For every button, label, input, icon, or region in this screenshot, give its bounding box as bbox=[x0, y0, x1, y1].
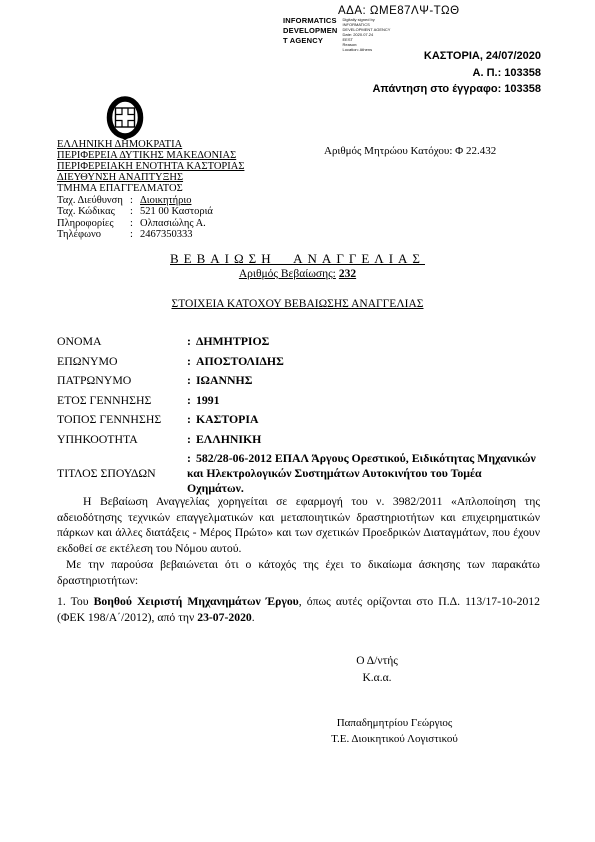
contact-value: Ολπασιώλης Α. bbox=[140, 218, 213, 229]
contact-value: 521 00 Καστοριά bbox=[140, 206, 213, 217]
contact-row-information: Πληροφορίες : Ολπασιώλης Α. bbox=[57, 218, 213, 229]
stamp-agency-name: INFORMATICS DEVELOPMEN T AGENCY bbox=[283, 16, 338, 52]
field-label: ΟΝΟΜΑ bbox=[57, 334, 187, 349]
item-prefix: 1. Του bbox=[57, 595, 94, 608]
contact-row-postcode: Ταχ. Κώδικας : 521 00 Καστοριά bbox=[57, 206, 213, 217]
stamp-agency-line: T AGENCY bbox=[283, 36, 338, 46]
field-row-birth-place: ΤΟΠΟΣ ΓΕΝΝΗΣΗΣ :ΚΑΣΤΟΡΙΑ bbox=[57, 412, 539, 427]
field-row-studies-title: ΤΙΤΛΟΣ ΣΠΟΥΔΩΝ :582/28-06-2012 ΕΠΑΛ Άργο… bbox=[57, 451, 539, 496]
signatory-role: Ο Δ/ντής bbox=[317, 653, 437, 670]
colon-separator: : bbox=[187, 432, 191, 446]
issuing-authority-block: ΕΛΛΗΝΙΚΗ ΔΗΜΟΚΡΑΤΙΑ ΠΕΡΙΦΕΡΕΙΑ ΔΥΤΙΚΗΣ Μ… bbox=[57, 140, 244, 195]
authority-line-department: ΤΜΗΜΑ ΕΠΑΓΓΕΛΜΑΤΟΣ bbox=[57, 184, 183, 195]
colon-separator: : bbox=[187, 393, 191, 407]
stamp-agency-line: INFORMATICS bbox=[283, 16, 338, 26]
contact-label: Τηλέφωνο bbox=[57, 229, 130, 240]
protocol-number: Α. Π.: 103358 bbox=[372, 65, 541, 82]
signatory-role-block: Ο Δ/ντής Κ.α.α. bbox=[317, 653, 437, 688]
colon-separator: : bbox=[187, 412, 191, 426]
field-label: ΥΠΗΚΟΟΤΗΤΑ bbox=[57, 432, 187, 447]
signatory-name: Παπαδημητρίου Γεώργιος bbox=[322, 716, 467, 732]
body-text-block: Η Βεβαίωση Αναγγελίας χορηγείται σε εφαρ… bbox=[57, 494, 540, 626]
contact-value: Διοικητήριο bbox=[140, 195, 213, 206]
contact-details-block: Ταχ. Διεύθυνση : Διοικητήριο Ταχ. Κώδικα… bbox=[57, 195, 213, 241]
field-row-last-name: ΕΠΩΝΥΜΟ :ΑΠΟΣΤΟΛΙΔΗΣ bbox=[57, 354, 539, 369]
certificate-number-label: Αριθμός Βεβαίωσης: bbox=[239, 268, 336, 280]
field-row-citizenship: ΥΠΗΚΟΟΤΗΤΑ :ΕΛΛΗΝΙΚΗ bbox=[57, 432, 539, 447]
paragraph-certification: Με την παρούσα βεβαιώνεται ότι ο κάτοχός… bbox=[57, 557, 540, 588]
field-value: :ΕΛΛΗΝΙΚΗ bbox=[187, 432, 539, 447]
paragraph-legal-basis: Η Βεβαίωση Αναγγελίας χορηγείται σε εφαρ… bbox=[57, 494, 540, 557]
contact-row-telephone: Τηλέφωνο : 2467350333 bbox=[57, 229, 213, 240]
field-value: :1991 bbox=[187, 393, 539, 408]
holder-fields-block: ΟΝΟΜΑ :ΔΗΜΗΤΡΙΟΣ ΕΠΩΝΥΜΟ :ΑΠΟΣΤΟΛΙΔΗΣ ΠΑ… bbox=[57, 334, 539, 496]
field-value: :ΔΗΜΗΤΡΙΟΣ bbox=[187, 334, 539, 349]
city-date: ΚΑΣΤΟΡΙΑ, 24/07/2020 bbox=[372, 48, 541, 65]
certificate-document-page: ΑΔΑ: ΩΜΕ87ΛΨ-ΤΩΘ INFORMATICS DEVELOPMEN … bbox=[0, 0, 595, 842]
header-right-block: ΚΑΣΤΟΡΙΑ, 24/07/2020 Α. Π.: 103358 Απάντ… bbox=[372, 48, 541, 98]
field-label: ΤΙΤΛΟΣ ΣΠΟΥΔΩΝ bbox=[57, 466, 187, 481]
digital-signature-stamp: INFORMATICS DEVELOPMEN T AGENCY Digitall… bbox=[283, 16, 390, 52]
section-title: ΣΤΟΙΧΕΙΑ ΚΑΤΟΧΟΥ ΒΕΒΑΙΩΣΗΣ ΑΝΑΓΓΕΛΙΑΣ bbox=[0, 298, 595, 310]
contact-value: 2467350333 bbox=[140, 229, 213, 240]
field-row-first-name: ΟΝΟΜΑ :ΔΗΜΗΤΡΙΟΣ bbox=[57, 334, 539, 349]
holder-registry-number: Αριθμός Μητρώου Κατόχου: Φ 22.432 bbox=[324, 145, 496, 157]
field-value: :ΑΠΟΣΤΟΛΙΔΗΣ bbox=[187, 354, 539, 369]
field-label: ΕΤΟΣ ΓΕΝΝΗΣΗΣ bbox=[57, 393, 187, 408]
colon-separator: : bbox=[130, 195, 140, 206]
field-row-father-name: ΠΑΤΡΩΝΥΜΟ :ΙΩΑΝΝΗΣ bbox=[57, 373, 539, 388]
item-activity-name: Βοηθού Χειριστή Μηχανημάτων Έργου bbox=[94, 595, 299, 608]
stamp-signature-details: Digitally signed by INFORMATICS DEVELOPM… bbox=[343, 16, 391, 52]
colon-separator: : bbox=[187, 334, 191, 348]
field-value: :ΙΩΑΝΝΗΣ bbox=[187, 373, 539, 388]
certificate-number-value: 232 bbox=[339, 268, 356, 280]
colon-separator: : bbox=[130, 218, 140, 229]
field-value: :582/28-06-2012 ΕΠΑΛ Άργους Ορεστικού, Ε… bbox=[187, 451, 539, 496]
stamp-agency-line: DEVELOPMEN bbox=[283, 26, 338, 36]
reply-reference: Απάντηση στο έγγραφο: 103358 bbox=[372, 81, 541, 98]
item-suffix: . bbox=[252, 611, 255, 624]
field-label: ΕΠΩΝΥΜΟ bbox=[57, 354, 187, 369]
field-label: ΠΑΤΡΩΝΥΜΟ bbox=[57, 373, 187, 388]
signatory-name-block: Παπαδημητρίου Γεώργιος Τ.Ε. Διοικητικού … bbox=[322, 716, 467, 748]
signatory-title: Τ.Ε. Διοικητικού Λογιστικού bbox=[322, 732, 467, 748]
field-value: :ΚΑΣΤΟΡΙΑ bbox=[187, 412, 539, 427]
authority-line-directorate: ΔΙΕΥΘΥΝΣΗ ΑΝΑΠΤΥΞΗΣ bbox=[57, 173, 183, 184]
colon-separator: : bbox=[187, 354, 191, 368]
contact-label: Πληροφορίες bbox=[57, 218, 130, 229]
colon-separator: : bbox=[130, 206, 140, 217]
field-label: ΤΟΠΟΣ ΓΕΝΝΗΣΗΣ bbox=[57, 412, 187, 427]
signatory-kaa: Κ.α.α. bbox=[317, 670, 437, 687]
contact-label: Ταχ. Κώδικας bbox=[57, 206, 130, 217]
document-title: ΒΕΒΑΙΩΣΗ ΑΝΑΓΓΕΛΙΑΣ bbox=[0, 251, 595, 267]
certificate-number-line: Αριθμός Βεβαίωσης:232 bbox=[0, 268, 595, 280]
contact-label: Ταχ. Διεύθυνση bbox=[57, 195, 130, 206]
item-start-date: 23-07-2020 bbox=[197, 611, 252, 624]
colon-separator: : bbox=[187, 373, 191, 387]
activity-item-1: 1. Του Βοηθού Χειριστή Μηχανημάτων Έργου… bbox=[57, 594, 540, 625]
greek-emblem-icon bbox=[106, 96, 144, 140]
colon-separator: : bbox=[187, 451, 191, 465]
contact-row-address: Ταχ. Διεύθυνση : Διοικητήριο bbox=[57, 195, 213, 206]
colon-separator: : bbox=[130, 229, 140, 240]
field-row-birth-year: ΕΤΟΣ ΓΕΝΝΗΣΗΣ :1991 bbox=[57, 393, 539, 408]
